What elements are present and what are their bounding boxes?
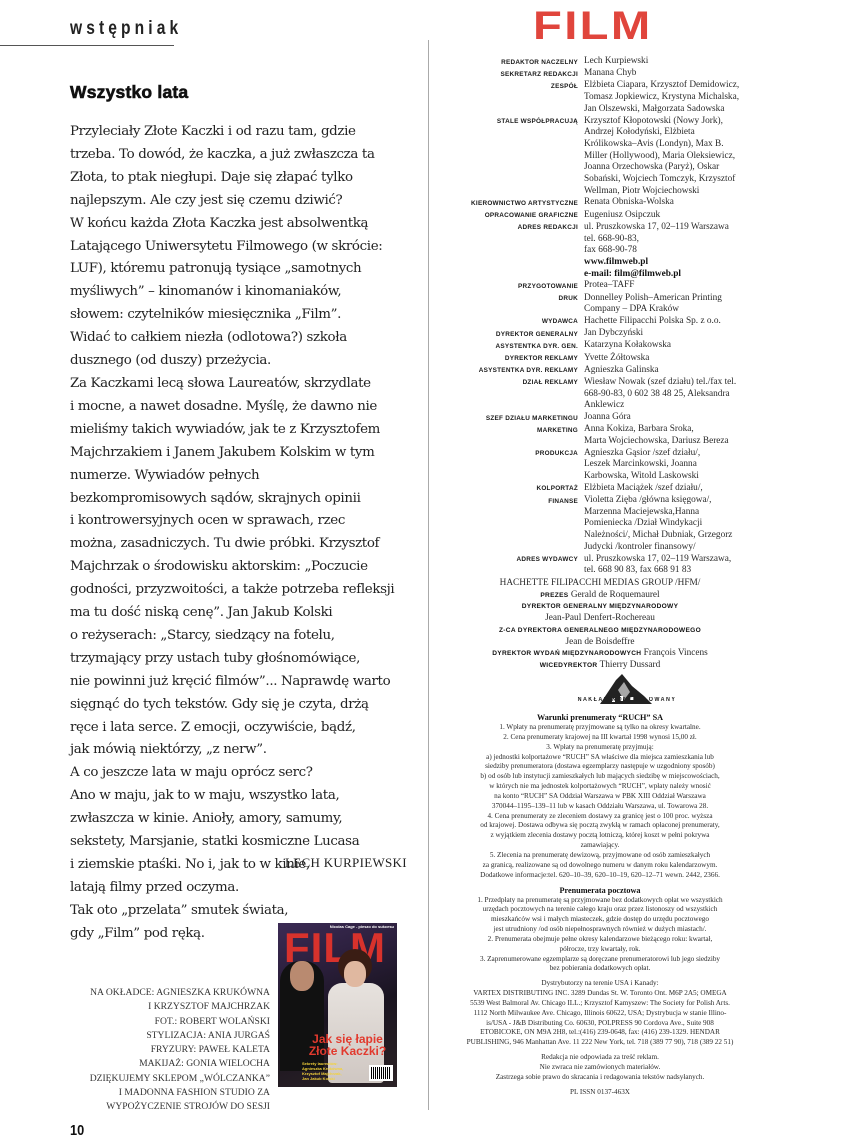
staff-role: KIEROWNICTWO ARTYSTYCZNE — [430, 197, 584, 209]
magazine-cover-image: Nicolas Cage - pieszo do sukcesu FILM Ja… — [278, 923, 397, 1087]
credit-line: DZIĘKUJEMY SKLEPOM „WÓLCZANKA” — [80, 1072, 270, 1086]
staff-row: MARKETING Anna Kokiza, Barbara Sroka,Mar… — [430, 424, 855, 447]
staff-role: MARKETING — [430, 424, 584, 436]
article-line: numerze. Wywiadów pełnych — [70, 465, 410, 488]
staff-names: ul. Pruszkowska 17, 02–119 Warszawatel. … — [584, 222, 746, 281]
issn: PL ISSN 0137-463X — [430, 1088, 770, 1098]
article-line: i mocne, a nawet dosadne. Myślę, że dawn… — [70, 396, 410, 419]
cover-headline: Jak się łapie Złote Kaczki? — [300, 1033, 395, 1057]
staff-role: REDAKTOR NACZELNY — [430, 56, 584, 68]
article-line: dusznego (od duszy) przeżycia. — [70, 350, 410, 373]
article-line: można, zasadniczych. Tu dwie próbki. Krz… — [70, 533, 410, 556]
staff-role: OPRACOWANIE GRAFICZNE — [430, 210, 584, 222]
staff-names: Protea–TAFF — [584, 280, 746, 292]
section-rule-divider — [0, 45, 174, 46]
staff-role: PRZYGOTOWANIE — [430, 280, 584, 292]
hfm-prezes: PREZES Gerald de Roquemaurel — [430, 590, 770, 602]
article-line: Ano w maju, jak to w maju, wszystko lata… — [70, 785, 410, 808]
staff-role: ADRES WYDAWCY — [430, 554, 584, 566]
staff-row: WYDAWCA Hachette Filipacchi Polska Sp. z… — [430, 316, 855, 328]
article-line: i kontrowersyjnych ocen w sprawach, rzec — [70, 510, 410, 533]
staff-role: WYDAWCA — [430, 316, 584, 328]
staff-row: DRUK Donnelley Polish–American PrintingC… — [430, 293, 855, 316]
article-line: trzymający przy ustach tuby głośnomówiąc… — [70, 648, 410, 671]
hfm-dg-role: DYREKTOR GENERALNY MIĘDZYNARODOWY — [430, 601, 770, 613]
staff-role: ZESPÓŁ — [430, 80, 584, 92]
staff-role: SZEF DZIAŁU MARKETINGU — [430, 412, 584, 424]
cover-subtext-line: Jan Jakub Kolski — [302, 1076, 343, 1081]
magazine-logo: FILM — [533, 8, 653, 44]
staff-row: OPRACOWANIE GRAFICZNE Eugeniusz Osipczuk — [430, 210, 855, 222]
staff-names: Renata Obniska-Wolska — [584, 197, 746, 209]
article-line: słowem: czytelników miesięcznika „Film”. — [70, 304, 410, 327]
staff-names: Yvette Żółtowska — [584, 353, 746, 365]
staff-names: Lech Kurpiewski — [584, 56, 746, 68]
article-line: LUF), któremu patronują tysiące „samotny… — [70, 258, 410, 281]
credit-line: FRYZURY: PAWEŁ KALETA — [80, 1043, 270, 1057]
nakl-kontrolowany-logo-icon — [572, 672, 682, 712]
article-line: latają filmy przed oczyma. — [70, 877, 410, 900]
column-divider — [428, 40, 429, 1110]
hfm-dw: DYREKTOR WYDAŃ MIĘDZYNARODOWYCH François… — [430, 648, 770, 660]
staff-row: SZEF DZIAŁU MARKETINGU Joanna Góra — [430, 412, 855, 424]
staff-row: DYREKTOR GENERALNY Jan Dybczyński — [430, 328, 855, 340]
staff-names: ul. Pruszkowska 17, 02–119 Warszawa,tel.… — [584, 554, 746, 577]
article-line: Widać to całkiem niezła (odlotowa?) szko… — [70, 327, 410, 350]
article-line: ma tu dość niską cenę”. Jan Jakub Kolski — [70, 602, 410, 625]
cover-subtext: Sekrety laureatów: Agnieszka Krukówna, K… — [302, 1061, 343, 1081]
article-line: Majchrzak o środowisku aktorskim: „Poczu… — [70, 556, 410, 579]
hfm-group-block: HACHETTE FILIPACCHI MEDIAS GROUP /HFM/ P… — [430, 578, 770, 672]
staff-row: STALE WSPÓŁPRACUJĄ Krzysztof Kłopotowski… — [430, 116, 855, 198]
website-link[interactable]: www.filmweb.pl — [584, 257, 746, 269]
staff-names: Anna Kokiza, Barbara Sroka,Marta Wojciec… — [584, 424, 746, 447]
staff-role: ASYSTENTKA DYR. GEN. — [430, 340, 584, 352]
staff-row: PRODUKCJA Agnieszka Gąsior /szef działu/… — [430, 448, 855, 483]
article-line: Latającego Uniwersytetu Filmowego (w skr… — [70, 236, 410, 259]
staff-names: Eugeniusz Osipczuk — [584, 210, 746, 222]
staff-names: Elżbieta Maciążek /szef działu/, — [584, 483, 746, 495]
staff-role: DZIAŁ REKLAMY — [430, 377, 584, 389]
article-line: trzeba. To dowód, że kaczka, a już zwłas… — [70, 144, 410, 167]
cover-woman-face — [344, 961, 366, 987]
staff-names: Jan Dybczyński — [584, 328, 746, 340]
article-body: Przyleciały Złote Kaczki i od razu tam, … — [70, 121, 410, 946]
article-line: W końcu każda Złota Kaczka jest absolwen… — [70, 213, 410, 236]
barcode-icon — [369, 1065, 393, 1081]
article-line: najlepszym. Ale czy jest się czemu dziwi… — [70, 190, 410, 213]
section-tag: wstępniak — [70, 18, 182, 40]
staff-row: KIEROWNICTWO ARTYSTYCZNE Renata Obniska-… — [430, 197, 855, 209]
staff-names: Katarzyna Kołakowska — [584, 340, 746, 352]
staff-names: Hachette Filipacchi Polska Sp. z o.o. — [584, 316, 746, 328]
credit-line: I MADONNA FASHION STUDIO ZA — [80, 1086, 270, 1100]
staff-row: ADRES REDAKCJI ul. Pruszkowska 17, 02–11… — [430, 222, 855, 281]
cover-headline-line: Złote Kaczki? — [300, 1045, 395, 1057]
article-line: Przyleciały Złote Kaczki i od razu tam, … — [70, 121, 410, 144]
article-headline: Wszystko lata — [70, 82, 188, 103]
staff-names: Agnieszka Gąsior /szef działu/,Leszek Ma… — [584, 448, 746, 483]
staff-names: Wiesław Nowak (szef działu) tel./fax tel… — [584, 377, 746, 412]
staff-role: DYREKTOR GENERALNY — [430, 328, 584, 340]
article-line: sięgnąć do tych tekstów. Gdy się je czyt… — [70, 694, 410, 717]
staff-row: ASYSTENTKA DYR. REKLAMY Agnieszka Galins… — [430, 365, 855, 377]
hfm-zca-name: Jean de Boisdeffre — [430, 637, 770, 649]
staff-role: PRODUKCJA — [430, 448, 584, 460]
email-link[interactable]: e-mail: film@filmweb.pl — [584, 269, 746, 281]
article-line: bezkompromisowych sądów, skrajnych opini… — [70, 488, 410, 511]
article-line: myśliwych” – kinomanów i kinomaniaków, — [70, 281, 410, 304]
article-line: godności, przyzwoitości, a także potrzeb… — [70, 579, 410, 602]
disclaimer: Redakcja nie odpowiada za treść reklam.N… — [430, 1053, 770, 1083]
staff-role: SEKRETARZ REDAKCJI — [430, 68, 584, 80]
staff-names: Krzysztof Kłopotowski (Nowy Jork),Andrze… — [584, 116, 746, 198]
staff-row: ASYSTENTKA DYR. GEN. Katarzyna Kołakowsk… — [430, 340, 855, 352]
article-line: jak mówią niektórzy, „z nerw”. — [70, 739, 410, 762]
staff-row: REDAKTOR NACZELNY Lech Kurpiewski — [430, 56, 855, 68]
subscription-info: Warunki prenumeraty “RUCH” SA 1. Wpłaty … — [430, 713, 855, 1098]
hfm-wd: WICEDYREKTOR Thierry Dussard — [430, 660, 770, 672]
article-line: o reżyserach: „Starcy, siedzący na fotel… — [70, 625, 410, 648]
staff-row: PRZYGOTOWANIE Protea–TAFF — [430, 280, 855, 292]
staff-row: FINANSE Violetta Zięba /główna księgowa/… — [430, 495, 855, 554]
page-number: 10 — [70, 1122, 84, 1139]
hfm-zca-role: Z-CA DYREKTORA GENERALNEGO MIĘDZYNARODOW… — [430, 625, 770, 637]
article-line: ręce i lata serce. Z emocji, oczywiście,… — [70, 717, 410, 740]
article-line: Za Kaczkami lecą słowa Laureatów, skrzyd… — [70, 373, 410, 396]
staff-names: Elżbieta Ciapara, Krzysztof Demidowicz,T… — [584, 80, 746, 115]
credit-line: NA OKŁADCE: AGNIESZKA KRUKÓWNA — [80, 986, 270, 1000]
staff-role: STALE WSPÓŁPRACUJĄ — [430, 116, 584, 128]
article-line: Złota, to ptak niegłupi. Daje się złapać… — [70, 167, 410, 190]
staff-row: DZIAŁ REKLAMY Wiesław Nowak (szef działu… — [430, 377, 855, 412]
hfm-dg-name: Jean-Paul Denfert-Rochereau — [430, 613, 770, 625]
staff-names: Violetta Zięba /główna księgowa/,Marzenn… — [584, 495, 746, 554]
staff-row: KOLPORTAŻ Elżbieta Maciążek /szef działu… — [430, 483, 855, 495]
ruch-conditions: Warunki prenumeraty “RUCH” SA 1. Wpłaty … — [430, 713, 770, 881]
distributors: Dystrybutorzy na terenie USA i Kanady:VA… — [430, 979, 770, 1048]
article-line: Majchrzakiem i Janem Jakubem Kolskim w t… — [70, 442, 410, 465]
article-line: mieliśmy takich wywiadów, jak te z Krzys… — [70, 419, 410, 442]
credit-line: FOT.: ROBERT WOLAŃSKI — [80, 1015, 270, 1029]
staff-names: Joanna Góra — [584, 412, 746, 424]
cover-credits: NA OKŁADCE: AGNIESZKA KRUKÓWNA I KRZYSZT… — [80, 986, 270, 1115]
staff-role: FINANSE — [430, 495, 584, 507]
author-signature: LECH KURPIEWSKI — [285, 855, 407, 871]
article-line: sekstety, Marsjanie, statki kosmiczne Lu… — [70, 831, 410, 854]
hfm-group-name: HACHETTE FILIPACCHI MEDIAS GROUP /HFM/ — [430, 578, 770, 590]
staff-names: Donnelley Polish–American PrintingCompan… — [584, 293, 746, 316]
credit-line: WYPOŻYCZENIE STROJÓW DO SESJI — [80, 1100, 270, 1114]
credit-line: I KRZYSZTOF MAJCHRZAK — [80, 1000, 270, 1014]
staff-role: DRUK — [430, 293, 584, 305]
staff-role: DYREKTOR REKLAMY — [430, 353, 584, 365]
staff-role: KOLPORTAŻ — [430, 483, 584, 495]
staff-names: Manana Chyb — [584, 68, 746, 80]
postal-subscription: Prenumerata pocztowa 1. Przedpłaty na pr… — [430, 886, 770, 975]
staff-names: Agnieszka Galinska — [584, 365, 746, 377]
staff-row: SEKRETARZ REDAKCJI Manana Chyb — [430, 68, 855, 80]
staff-row: ZESPÓŁ Elżbieta Ciapara, Krzysztof Demid… — [430, 80, 855, 115]
article-line: Tak oto „przelata” smutek świata, — [70, 900, 410, 923]
masthead-staff: REDAKTOR NACZELNY Lech Kurpiewski SEKRET… — [430, 56, 855, 577]
credit-line: MAKIJAŻ: GONIA WIELOCHA — [80, 1057, 270, 1071]
credit-line: STYLIZACJA: ANIA JURGAŚ — [80, 1029, 270, 1043]
article-line: nie powinni już kręcić filmów”... Napraw… — [70, 671, 410, 694]
staff-role: ADRES REDAKCJI — [430, 222, 584, 234]
article-line: A co jeszcze lata w maju oprócz serc? — [70, 762, 410, 785]
staff-row: DYREKTOR REKLAMY Yvette Żółtowska — [430, 353, 855, 365]
nakl-label: NAKŁAD KONTROLOWANY — [571, 697, 683, 703]
article-line: zwłaszcza w kinie. Anioły, amory, samumy… — [70, 808, 410, 831]
staff-role: ASYSTENTKA DYR. REKLAMY — [430, 365, 584, 377]
staff-row: ADRES WYDAWCY ul. Pruszkowska 17, 02–119… — [430, 554, 855, 577]
